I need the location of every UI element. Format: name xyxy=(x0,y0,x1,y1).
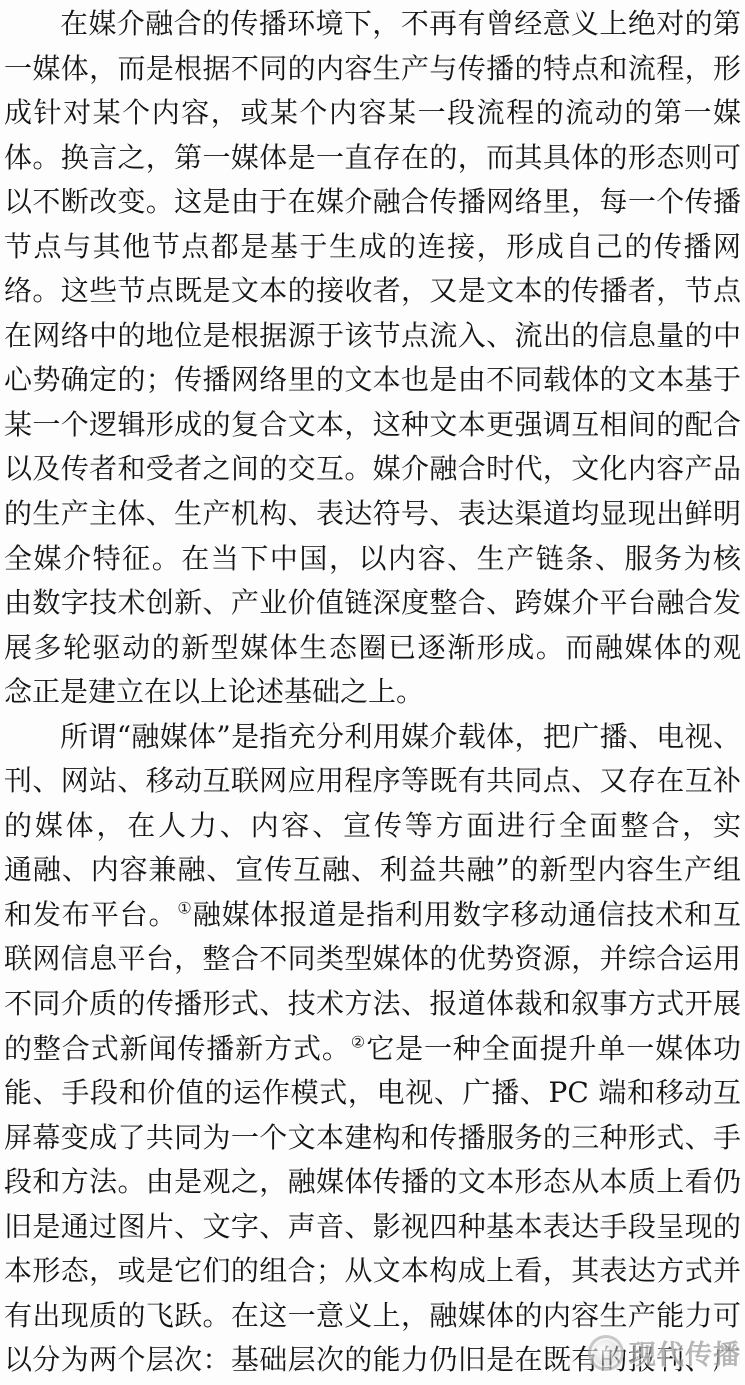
footnote-marker: ① xyxy=(177,899,192,918)
text-line: 展多轮驱动的新型媒体生态圈已逐渐形成。而融媒体的观 xyxy=(4,626,741,671)
text-line: 的生产主体、生产机构、表达符号、表达渠道均显现出鲜明的 xyxy=(4,492,741,537)
text-line: 节点与其他节点都是基于生成的连接，形成自己的传播网 xyxy=(4,225,741,270)
text-line: 旧是通过图片、文字、声音、影视四种基本表达手段呈现的文 xyxy=(4,1205,741,1250)
page-text: 在媒介融合的传播环境下，不再有曾经意义上绝对的第一媒体，而是根据不同的内容生产与… xyxy=(0,0,745,1383)
text-line: 能、手段和价值的运作模式，电视、广播、PC 端和移动互联端 xyxy=(4,1071,741,1116)
text-line: 通融、内容兼融、宣传互融、利益共融”的新型内容生产组织 xyxy=(4,848,741,893)
text-line: 和发布平台。①融媒体报道是指利用数字移动通信技术和互 xyxy=(4,893,741,938)
text-line: 以及传者和受者之间的交互。媒介融合时代，文化内容产品 xyxy=(4,447,741,492)
text-line: 联网信息平台，整合不同类型媒体的优势资源，并综合运用 xyxy=(4,937,741,982)
text-line: 以不断改变。这是由于在媒介融合传播网络里，每一个传播 xyxy=(4,180,741,225)
text-line: 络。这些节点既是文本的接收者，又是文本的传播者，节点 xyxy=(4,269,741,314)
text-line: 某一个逻辑形成的复合文本，这种文本更强调互相间的配合 xyxy=(4,403,741,448)
text-line: 以分为两个层次：基础层次的能力仍旧是在既有的报刊、广 xyxy=(4,1338,741,1383)
text-line: 在网络中的地位是根据源于该节点流入、流出的信息量的中 xyxy=(4,314,741,359)
text-line: 本形态，或是它们的组合；从文本构成上看，其表达方式并没 xyxy=(4,1249,741,1294)
text-line: 心势确定的；传播网络里的文本也是由不同载体的文本基于 xyxy=(4,358,741,403)
text-line: 屏幕变成了共同为一个文本建构和传播服务的三种形式、手 xyxy=(4,1116,741,1161)
text-line: 所谓“融媒体”是指充分利用媒介载体，把广播、电视、报 xyxy=(4,715,741,760)
text-line: 有出现质的飞跃。在这一意义上，融媒体的内容生产能力可 xyxy=(4,1294,741,1339)
footnote-marker: ② xyxy=(351,1032,366,1051)
text-line: 刊、网站、移动互联网应用程序等既有共同点、又存在互补性 xyxy=(4,759,741,804)
text-line: 的媒体，在人力、内容、宣传等方面进行全面整合，实现“资源 xyxy=(4,804,741,849)
text-line: 的整合式新闻传播新方式。②它是一种全面提升单一媒体功 xyxy=(4,1027,741,1072)
text-line: 全媒介特征。在当下中国，以内容、生产链条、服务为核心， xyxy=(4,537,741,582)
text-line: 成针对某个内容，或某个内容某一段流程的流动的第一媒 xyxy=(4,91,741,136)
text-line: 由数字技术创新、产业价值链深度整合、跨媒介平台融合发 xyxy=(4,581,741,626)
text-line: 不同介质的传播形式、技术方法、报道体裁和叙事方式开展 xyxy=(4,982,741,1027)
text-line: 体。换言之，第一媒体是一直存在的，而其具体的形态则可 xyxy=(4,136,741,181)
document-page: 在媒介融合的传播环境下，不再有曾经意义上绝对的第一媒体，而是根据不同的内容生产与… xyxy=(0,0,745,1385)
text-line: 在媒介融合的传播环境下，不再有曾经意义上绝对的第 xyxy=(4,2,741,47)
text-line: 念正是建立在以上论述基础之上。 xyxy=(4,670,741,715)
text-line: 段和方法。由是观之，融媒体传播的文本形态从本质上看仍 xyxy=(4,1160,741,1205)
text-line: 一媒体，而是根据不同的内容生产与传播的特点和流程，形 xyxy=(4,47,741,92)
